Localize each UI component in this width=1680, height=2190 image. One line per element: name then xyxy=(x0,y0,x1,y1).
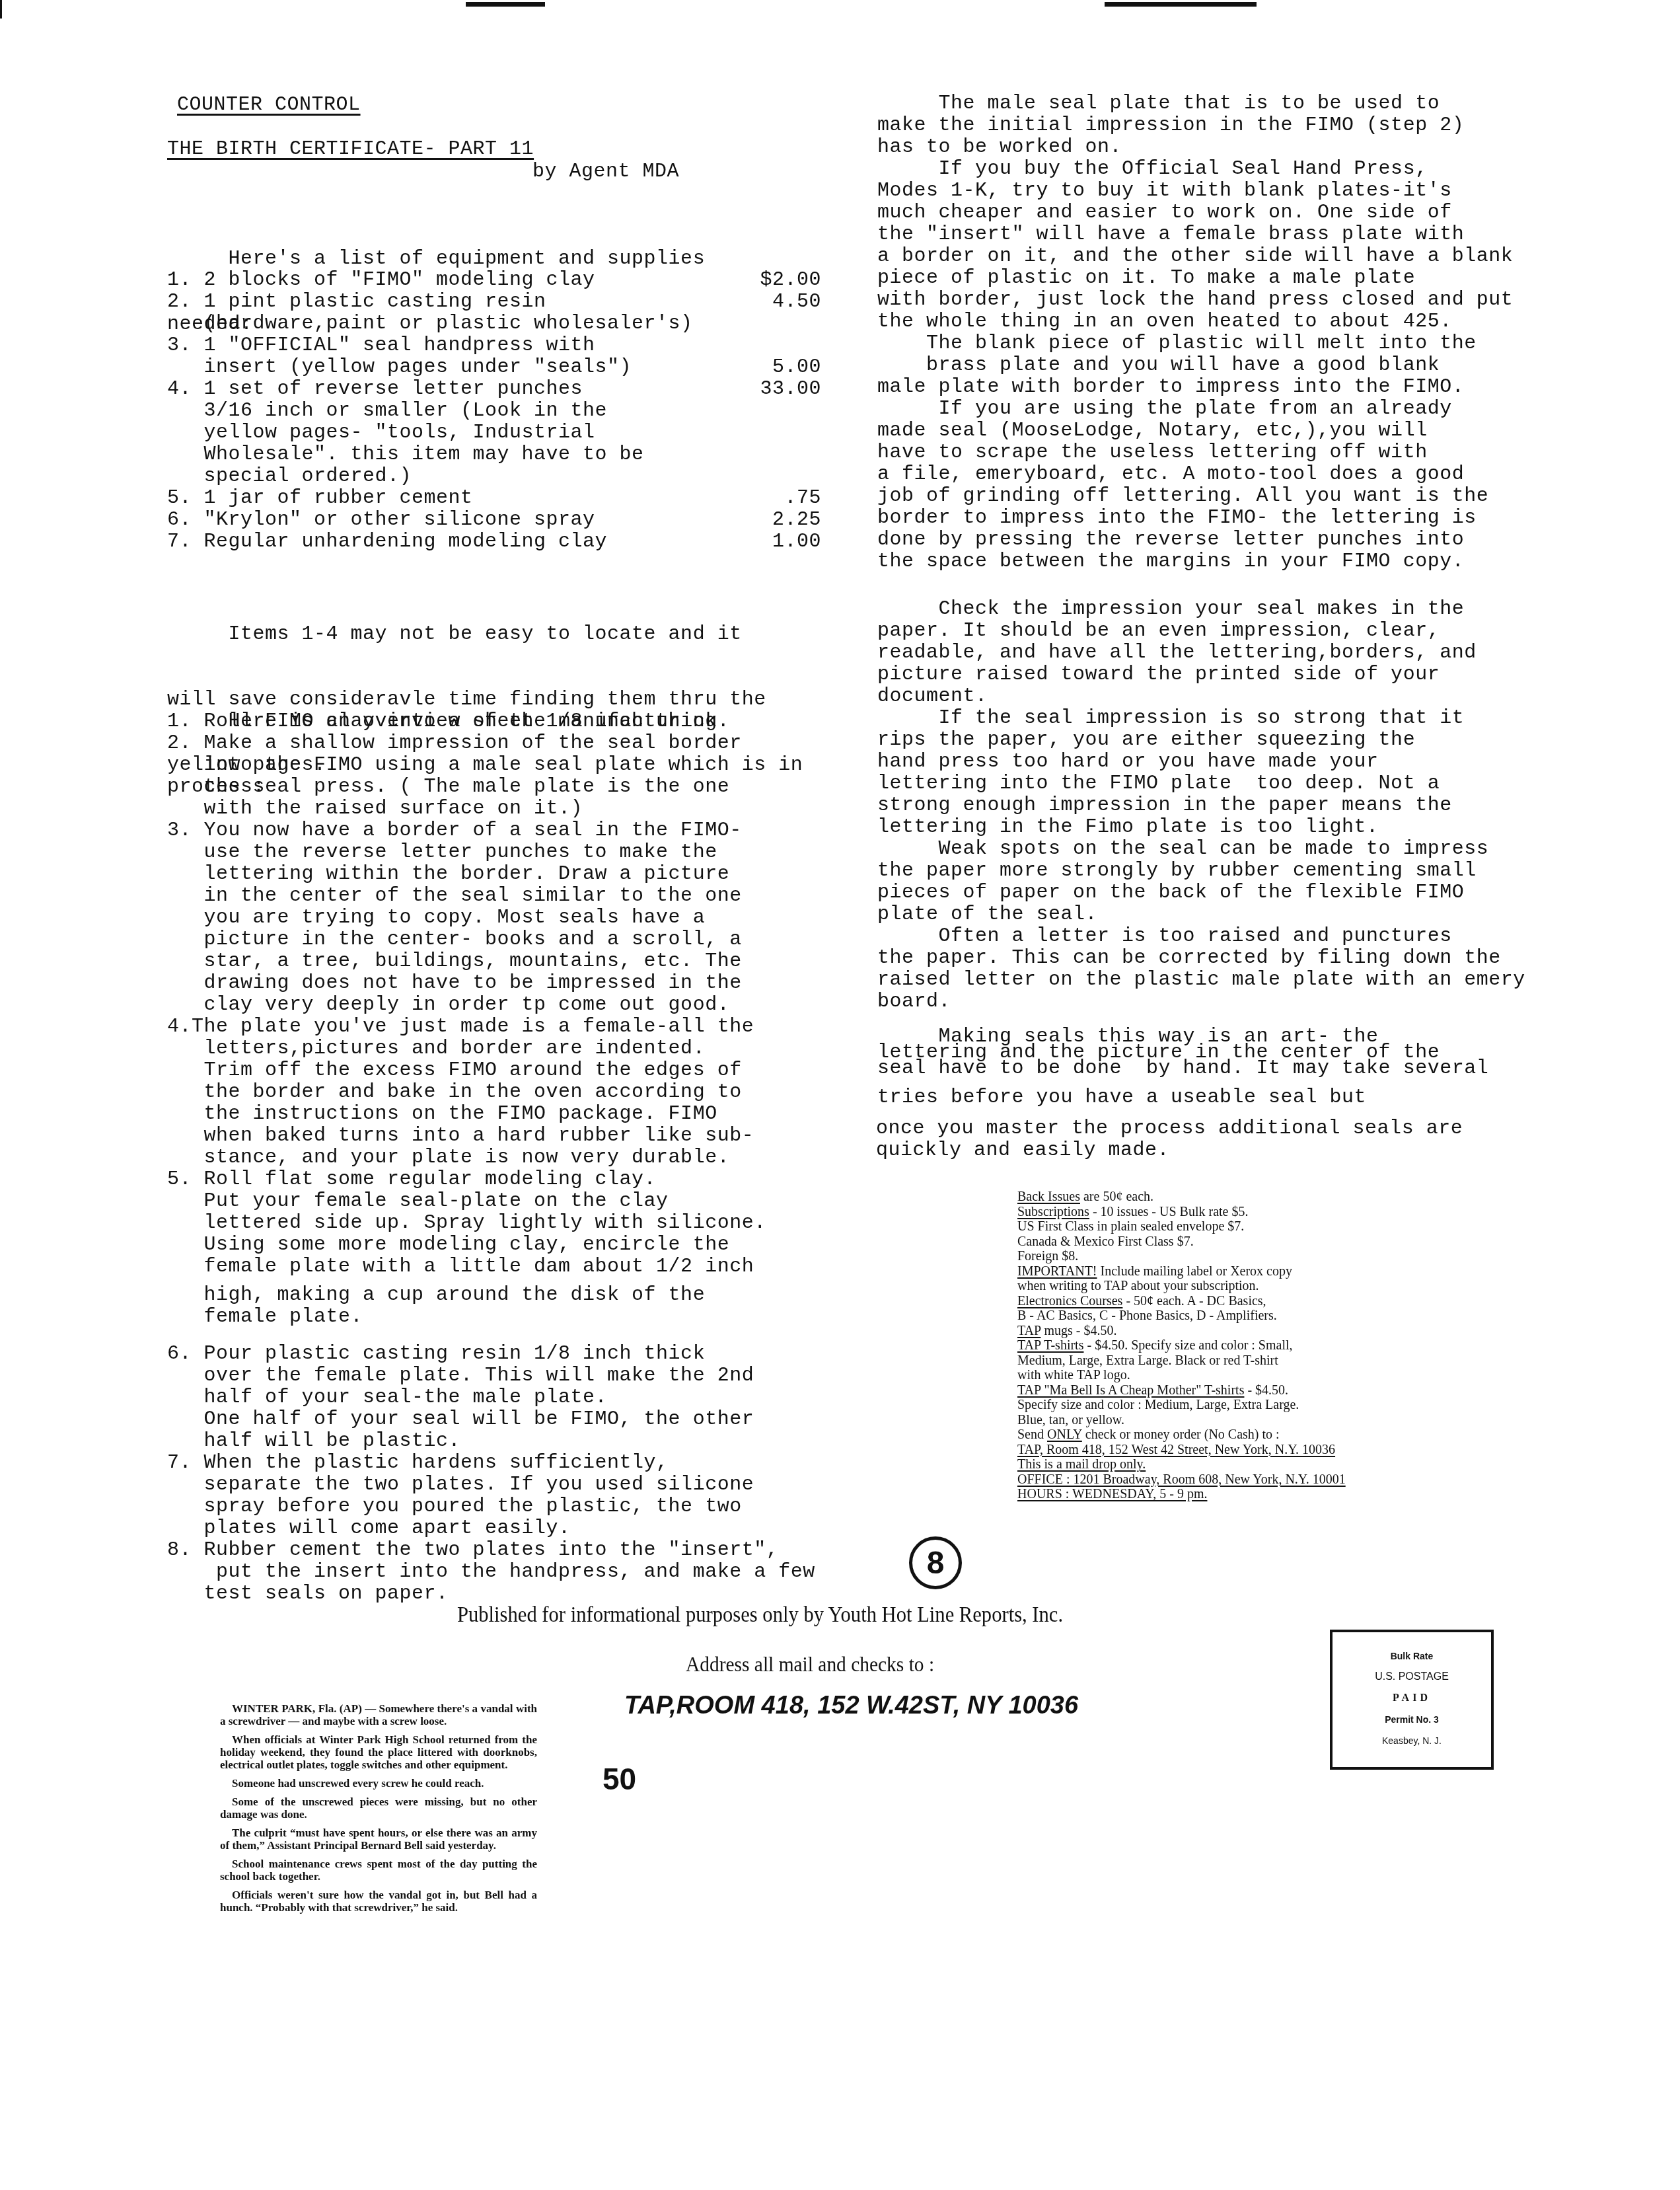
right-column-closing-5: once you master the process additional s… xyxy=(876,1118,1463,1162)
news-paragraph: School maintenance crews spent most of t… xyxy=(220,1858,537,1883)
info-text: Canada & Mexico First Class $7. xyxy=(1017,1234,1194,1249)
right-column-part1: The male seal plate that is to be used t… xyxy=(877,93,1513,573)
subscription-info-line: when writing to TAP about your subscript… xyxy=(1017,1279,1346,1294)
supply-item-line: 4. 1 set of reverse letter punches33.00 xyxy=(167,379,821,400)
info-text: Medium, Large, Extra Large. Black or red… xyxy=(1017,1353,1278,1368)
info-text: - $4.50. xyxy=(1244,1383,1288,1398)
supply-item-line: insert (yellow pages under "seals")5.00 xyxy=(167,357,821,379)
underlined-text: Subscriptions xyxy=(1017,1205,1089,1219)
news-paragraph: When officials at Winter Park High Schoo… xyxy=(220,1733,537,1771)
underlined-text: Back Issues xyxy=(1017,1189,1080,1204)
supply-item-line: 7. Regular unhardening modeling clay1.00 xyxy=(167,531,821,553)
supply-item-text: 2. 1 pint plastic casting resin xyxy=(167,291,546,313)
subscription-info-line: Send ONLY check or money order (No Cash)… xyxy=(1017,1427,1346,1443)
scan-top-mark-left xyxy=(466,2,545,7)
byline: by Agent MDA xyxy=(532,161,679,183)
info-text: check or money order (No Cash) to : xyxy=(1082,1427,1280,1442)
stamp-line: Keasbey, N. J. xyxy=(1333,1730,1491,1751)
supply-item-price: .75 xyxy=(784,488,821,510)
section-title-text: COUNTER CONTROL xyxy=(177,94,361,116)
article-title: THE BIRTH CERTIFICATE- PART 11 xyxy=(167,139,534,161)
issue-number: 50 xyxy=(603,1761,636,1797)
subscription-info-line: US First Class in plain sealed envelope … xyxy=(1017,1219,1346,1234)
info-text: Send xyxy=(1017,1427,1047,1442)
news-clipping: WINTER PARK, Fla. (AP) — Somewhere there… xyxy=(220,1702,537,1920)
subscription-info-line: Electronics Courses - 50¢ each. A - DC B… xyxy=(1017,1294,1346,1309)
supply-item-price: 2.25 xyxy=(772,510,821,531)
supply-item-line: 3/16 inch or smaller (Look in the xyxy=(167,400,821,422)
subscription-info-line: This is a mail drop only. xyxy=(1017,1457,1346,1472)
info-text: - 10 issues - US Bulk rate $5. xyxy=(1089,1205,1249,1219)
info-text: are 50¢ each. xyxy=(1080,1189,1153,1204)
news-paragraph: Someone had unscrewed every screw he cou… xyxy=(220,1777,537,1790)
subscription-info-line: TAP mugs - $4.50. xyxy=(1017,1324,1346,1339)
circled-page-number: 8 xyxy=(909,1536,962,1589)
supply-item-text: insert (yellow pages under "seals") xyxy=(167,357,632,379)
info-text: Foreign $8. xyxy=(1017,1249,1078,1264)
info-text: mugs - $4.50. xyxy=(1041,1324,1116,1338)
info-text: - $4.50. Specify size and color : Small, xyxy=(1083,1338,1292,1353)
subscription-info-line: HOURS : WEDNESDAY, 5 - 9 pm. xyxy=(1017,1487,1346,1502)
supplies-list: 1. 2 blocks of "FIMO" modeling clay$2.00… xyxy=(167,270,821,553)
info-text: Blue, tan, or yellow. xyxy=(1017,1413,1124,1427)
subscription-info-line: Medium, Large, Extra Large. Black or red… xyxy=(1017,1353,1346,1369)
info-text: US First Class in plain sealed envelope … xyxy=(1017,1219,1244,1234)
subscription-info-line: TAP "Ma Bell Is A Cheap Mother" T-shirts… xyxy=(1017,1383,1346,1398)
news-paragraph: WINTER PARK, Fla. (AP) — Somewhere there… xyxy=(220,1702,537,1727)
publisher-line: Published for informational purposes onl… xyxy=(457,1603,1063,1628)
supply-item-text: 3/16 inch or smaller (Look in the xyxy=(167,400,607,422)
supply-item-price: 33.00 xyxy=(760,379,821,400)
supply-item-price: $2.00 xyxy=(760,270,821,291)
supply-item-text: 7. Regular unhardening modeling clay xyxy=(167,531,607,553)
underlined-text: TAP T-shirts xyxy=(1017,1338,1083,1353)
subscription-info-line: IMPORTANT! Include mailing label or Xero… xyxy=(1017,1264,1346,1279)
supply-item-text: (hardware,paint or plastic wholesaler's) xyxy=(167,313,693,335)
mailing-address: TAP,ROOM 418, 152 W.42ST, NY 10036 xyxy=(624,1692,1078,1720)
supply-item-line: special ordered.) xyxy=(167,466,821,488)
underlined-text: TAP xyxy=(1017,1324,1041,1338)
right-column-closing-4: tries before you have a useable seal but xyxy=(877,1087,1366,1109)
scan-top-mark-right xyxy=(1105,2,1257,7)
supply-item-text: Wholesale". this item may have to be xyxy=(167,444,644,466)
supply-item-text: 6. "Krylon" or other silicone spray xyxy=(167,510,595,531)
process-steps-6-8: 6. Pour plastic casting resin 1/8 inch t… xyxy=(167,1343,815,1605)
supply-item-line: 6. "Krylon" or other silicone spray2.25 xyxy=(167,510,821,531)
intro-line: Here's a list of equipment and supplies xyxy=(167,248,705,270)
underlined-text: TAP, Room 418, 152 West 42 Street, New Y… xyxy=(1017,1443,1335,1457)
subscription-info-line: B - AC Basics, C - Phone Basics, D - Amp… xyxy=(1017,1308,1346,1324)
news-paragraph: Some of the unscrewed pieces were missin… xyxy=(220,1795,537,1821)
section-title: COUNTER CONTROL xyxy=(177,94,361,116)
stamp-line: Permit No. 3 xyxy=(1333,1709,1491,1730)
supply-item-text: special ordered.) xyxy=(167,466,412,488)
supply-item-line: yellow pages- "tools, Industrial xyxy=(167,422,821,444)
underlined-text: ONLY xyxy=(1047,1427,1082,1442)
underlined-text: This is a mail drop only. xyxy=(1017,1457,1146,1472)
subscription-info-line: Back Issues are 50¢ each. xyxy=(1017,1189,1346,1205)
underlined-text: TAP "Ma Bell Is A Cheap Mother" T-shirts xyxy=(1017,1383,1244,1398)
process-steps-1-5: 1. Roll FIMO clay into a sheet 1/8 inch … xyxy=(167,711,803,1278)
info-text: B - AC Basics, C - Phone Basics, D - Amp… xyxy=(1017,1308,1277,1323)
bulk-rate-postage-stamp: Bulk Rate U.S. POSTAGE PAID Permit No. 3… xyxy=(1330,1630,1494,1770)
subscription-info-line: Canada & Mexico First Class $7. xyxy=(1017,1234,1346,1250)
supply-item-line: 1. 2 blocks of "FIMO" modeling clay$2.00 xyxy=(167,270,821,291)
stamp-line: Bulk Rate xyxy=(1333,1645,1491,1667)
stamp-line: PAID xyxy=(1333,1688,1491,1709)
process-step-5-end: high, making a cup around the disk of th… xyxy=(167,1285,705,1328)
subscription-info-line: Specify size and color : Medium, Large, … xyxy=(1017,1398,1346,1413)
supply-item-price: 1.00 xyxy=(772,531,821,553)
underlined-text: HOURS : WEDNESDAY, 5 - 9 pm. xyxy=(1017,1487,1207,1501)
subscription-info-line: Foreign $8. xyxy=(1017,1249,1346,1264)
supply-item-text: 1. 2 blocks of "FIMO" modeling clay xyxy=(167,270,595,291)
subscription-info-line: TAP, Room 418, 152 West 42 Street, New Y… xyxy=(1017,1443,1346,1458)
article-title-text: THE BIRTH CERTIFICATE- PART 11 xyxy=(167,138,534,161)
subscription-info: Back Issues are 50¢ each.Subscriptions -… xyxy=(1017,1189,1346,1502)
underlined-text: Electronics Courses xyxy=(1017,1294,1122,1308)
right-column-part2: Check the impression your seal makes in … xyxy=(877,599,1525,1013)
scan-edge-mark xyxy=(0,0,2,19)
supply-item-line: 2. 1 pint plastic casting resin4.50 xyxy=(167,291,821,313)
news-paragraph: Officials weren't sure how the vandal go… xyxy=(220,1889,537,1914)
supply-item-line: 3. 1 "OFFICIAL" seal handpress with xyxy=(167,335,821,357)
supply-item-text: 3. 1 "OFFICIAL" seal handpress with xyxy=(167,335,595,357)
subscription-info-line: OFFICE : 1201 Broadway, Room 608, New Yo… xyxy=(1017,1472,1346,1488)
subscription-info-line: with white TAP logo. xyxy=(1017,1368,1346,1383)
page-number-text: 8 xyxy=(927,1545,945,1581)
supply-item-text: yellow pages- "tools, Industrial xyxy=(167,422,595,444)
supply-item-price: 4.50 xyxy=(772,291,821,313)
note-line: Items 1-4 may not be easy to locate and … xyxy=(167,624,766,646)
info-text: Specify size and color : Medium, Large, … xyxy=(1017,1398,1299,1412)
stamp-line: U.S. POSTAGE xyxy=(1333,1667,1491,1688)
info-text: with white TAP logo. xyxy=(1017,1368,1130,1382)
underlined-text: IMPORTANT! xyxy=(1017,1264,1097,1279)
news-paragraph: The culprit “must have spent hours, or e… xyxy=(220,1827,537,1852)
subscription-info-line: Blue, tan, or yellow. xyxy=(1017,1413,1346,1428)
info-text: Include mailing label or Xerox copy xyxy=(1097,1264,1292,1279)
supply-item-line: 5. 1 jar of rubber cement.75 xyxy=(167,488,821,510)
info-text: - 50¢ each. A - DC Basics, xyxy=(1122,1294,1266,1308)
supply-item-line: (hardware,paint or plastic wholesaler's) xyxy=(167,313,821,335)
info-text: when writing to TAP about your subscript… xyxy=(1017,1279,1259,1293)
subscription-info-line: Subscriptions - 10 issues - US Bulk rate… xyxy=(1017,1205,1346,1220)
supply-item-price: 5.00 xyxy=(772,357,821,379)
address-label: Address all mail and checks to : xyxy=(686,1652,934,1677)
supply-item-text: 4. 1 set of reverse letter punches xyxy=(167,379,583,400)
subscription-info-line: TAP T-shirts - $4.50. Specify size and c… xyxy=(1017,1338,1346,1353)
supply-item-text: 5. 1 jar of rubber cement xyxy=(167,488,473,510)
underlined-text: OFFICE : 1201 Broadway, Room 608, New Yo… xyxy=(1017,1472,1346,1487)
supply-item-line: Wholesale". this item may have to be xyxy=(167,444,821,466)
right-column-closing-3: seal have to be done by hand. It may tak… xyxy=(877,1058,1488,1080)
